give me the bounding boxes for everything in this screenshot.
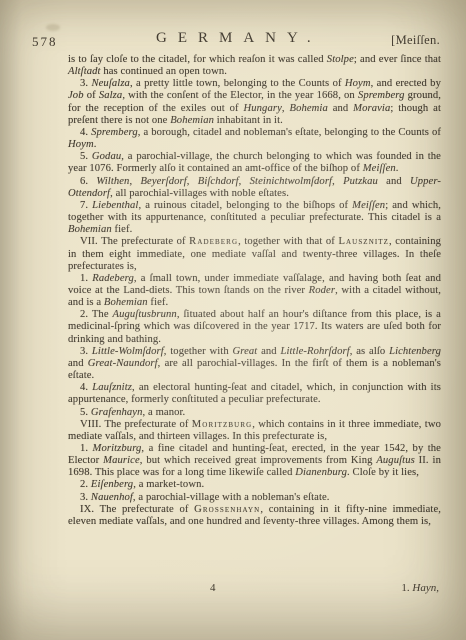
text-segment: Lauſznitz xyxy=(92,382,132,393)
text-segment: of xyxy=(84,90,99,101)
text-segment: Hungary xyxy=(244,103,282,114)
text-segment: has continued an open town. xyxy=(101,66,227,77)
text-segment: Biſchdorf xyxy=(198,176,239,187)
text-segment: , a ruinous citadel, belonging to the bi… xyxy=(138,200,352,211)
paragraph: 7. Liebenthal, a ruinous citadel, belong… xyxy=(68,200,441,236)
text-segment: fief. xyxy=(148,297,169,308)
paragraph: 5. Godau, a parochial-village, the churc… xyxy=(68,151,441,175)
paragraph: 1. Moritzburg, a fine citadel and huntin… xyxy=(68,443,441,479)
section-marker: [Meiſſen. xyxy=(391,33,440,48)
body-text: is to ſay cloſe to the citadel, for whic… xyxy=(68,54,441,528)
text-segment: Bohemia xyxy=(290,103,328,114)
paragraph: is to ſay cloſe to the citadel, for whic… xyxy=(68,54,441,78)
running-title: GERMANY. xyxy=(156,30,322,47)
paper-blemish xyxy=(46,24,60,31)
paragraph: 1. Radeberg, a ſmall town, under immedia… xyxy=(68,273,441,309)
paragraph: 3. Nauenhof, a parochial-village with a … xyxy=(68,492,441,504)
text-segment: 1. xyxy=(80,273,92,284)
text-segment: is to ſay cloſe to the citadel, for whic… xyxy=(68,54,327,65)
text-segment: Eiſenberg xyxy=(91,479,133,490)
text-segment: Radeberg xyxy=(92,273,134,284)
text-segment: Meiſſen xyxy=(363,163,396,174)
text-segment: Salza xyxy=(99,90,122,101)
text-segment: Moravia xyxy=(353,103,390,114)
text-segment: Grafenhayn xyxy=(91,407,143,418)
paragraph: 2. Eiſenberg, a market-town. xyxy=(68,479,441,491)
text-segment: . xyxy=(396,163,399,174)
text-segment: Auguſtusbrunn xyxy=(113,309,177,320)
text-segment: Bohemian xyxy=(68,224,112,235)
text-segment: Wilthen xyxy=(96,176,129,187)
paragraph: VII. The prefecturate of Radeberg, toget… xyxy=(68,236,441,272)
text-segment: 3. xyxy=(80,346,92,357)
text-segment: , together with that of xyxy=(238,236,338,247)
signature-mark: 4 xyxy=(210,582,216,594)
text-segment: and xyxy=(68,358,88,369)
text-segment: 2. The xyxy=(80,309,113,320)
paragraph: VIII. The prefecturate of Moritzburg, wh… xyxy=(68,419,441,443)
text-segment: Great-Naundorf xyxy=(88,358,158,369)
paragraph: 2. The Auguſtusbrunn, ſituated about hal… xyxy=(68,309,441,345)
text-segment: , all parochial-villages with noble eſta… xyxy=(110,188,289,199)
text-segment: , with the conſent of the Elector, in th… xyxy=(122,90,358,101)
text-segment: , a market-town. xyxy=(133,479,204,490)
text-segment: Radeberg xyxy=(189,236,238,247)
text-segment: inhabitant in it. xyxy=(214,115,283,126)
text-segment: , xyxy=(187,176,198,187)
text-segment: Nauenhof xyxy=(91,492,133,503)
text-segment: , xyxy=(129,176,140,187)
text-segment: Moritzburg xyxy=(192,419,252,430)
text-segment: and xyxy=(328,103,353,114)
catchword: 1. Hayn, xyxy=(401,582,439,594)
text-segment: Grossenhayn xyxy=(194,504,260,515)
paragraph: IX. The prefecturate of Grossenhayn, con… xyxy=(68,504,441,528)
text-segment: VII. The prefecturate of xyxy=(80,236,189,247)
text-segment: , xyxy=(282,103,290,114)
text-segment: Putzkau xyxy=(343,176,378,187)
text-segment: Hoym xyxy=(68,139,94,150)
text-segment: Roder xyxy=(309,285,335,296)
text-segment: , a manor. xyxy=(143,407,186,418)
text-segment: Meiſſen xyxy=(352,200,385,211)
text-segment: Steinichtwolmſdorf xyxy=(250,176,332,187)
text-segment: Little-Rohrſdorf xyxy=(280,346,349,357)
text-segment: , xyxy=(239,176,250,187)
text-segment: 5. xyxy=(80,407,91,418)
text-segment: Auguſtus xyxy=(376,455,414,466)
text-segment: Liebenthal xyxy=(92,200,138,211)
text-segment: Bohemian xyxy=(104,297,148,308)
text-segment: and xyxy=(378,176,410,187)
text-segment: ; and ever ſince that xyxy=(354,54,441,65)
text-segment: Beyerſdorf xyxy=(140,176,186,187)
text-segment: 5. xyxy=(80,151,92,162)
text-segment: , a parochial-village with a nobleman's … xyxy=(133,492,330,503)
paragraph: 6. Wilthen, Beyerſdorf, Biſchdorf, Stein… xyxy=(68,176,441,200)
text-segment: 4. xyxy=(80,382,92,393)
paragraph: 5. Grafenhayn, a manor. xyxy=(68,407,441,419)
text-segment: 3. xyxy=(80,78,91,89)
text-segment: Job xyxy=(68,90,84,101)
text-segment: Stolpe xyxy=(327,54,354,65)
text-segment: 1. xyxy=(80,443,93,454)
text-segment: 2. xyxy=(80,479,91,490)
text-segment: 6. xyxy=(80,176,96,187)
text-segment: , but which received great improvements … xyxy=(140,455,377,466)
text-segment: VIII. The prefecturate of xyxy=(80,419,192,430)
text-segment: Altſtadt xyxy=(68,66,101,77)
text-segment: Hoym xyxy=(345,78,371,89)
text-segment: Spremberg xyxy=(358,90,405,101)
text-segment: 4. xyxy=(80,127,91,138)
text-segment: Great xyxy=(233,346,258,357)
text-segment: . xyxy=(94,139,97,150)
text-segment: Neuſalza xyxy=(91,78,129,89)
catchword-word: Hayn, xyxy=(412,582,439,594)
text-segment: Lausznitz xyxy=(338,236,389,247)
page-number: 578 xyxy=(32,34,58,50)
text-segment: , xyxy=(332,176,343,187)
text-segment: 3. xyxy=(80,492,91,503)
text-segment: , as alſo xyxy=(350,346,389,357)
text-segment: 7. xyxy=(80,200,92,211)
text-segment: Maurice xyxy=(103,455,140,466)
text-segment: Spremberg xyxy=(91,127,138,138)
text-segment: Dianenburg xyxy=(295,467,347,478)
text-segment: Bohemian xyxy=(170,115,214,126)
text-segment: fief. xyxy=(112,224,133,235)
text-segment: , a pretty little town, belonging to the… xyxy=(130,78,345,89)
text-segment: and xyxy=(257,346,280,357)
text-segment: IX. The prefecturate of xyxy=(80,504,194,515)
paragraph: 3. Little-Wolmſdorf, together with Great… xyxy=(68,346,441,382)
paragraph: 3. Neuſalza, a pretty little town, belon… xyxy=(68,78,441,127)
text-segment: , together with xyxy=(164,346,233,357)
paragraph: 4. Spremberg, a borough, citadel and nob… xyxy=(68,127,441,151)
book-page: 578 GERMANY. [Meiſſen. is to ſay cloſe t… xyxy=(0,0,466,640)
catchword-prefix: 1. xyxy=(401,582,412,594)
text-segment: Moritzburg xyxy=(93,443,142,454)
paragraph: 4. Lauſznitz, an electoral hunting-ſeat … xyxy=(68,382,441,406)
text-segment: , a borough, citadel and nobleman's eſta… xyxy=(138,127,441,138)
text-segment: Little-Wolmſdorf xyxy=(92,346,164,357)
text-segment: . Cloſe by it lies, xyxy=(347,467,419,478)
text-segment: , and erected by xyxy=(371,78,441,89)
text-segment: Godau xyxy=(92,151,121,162)
text-segment: Lichtenberg xyxy=(389,346,441,357)
